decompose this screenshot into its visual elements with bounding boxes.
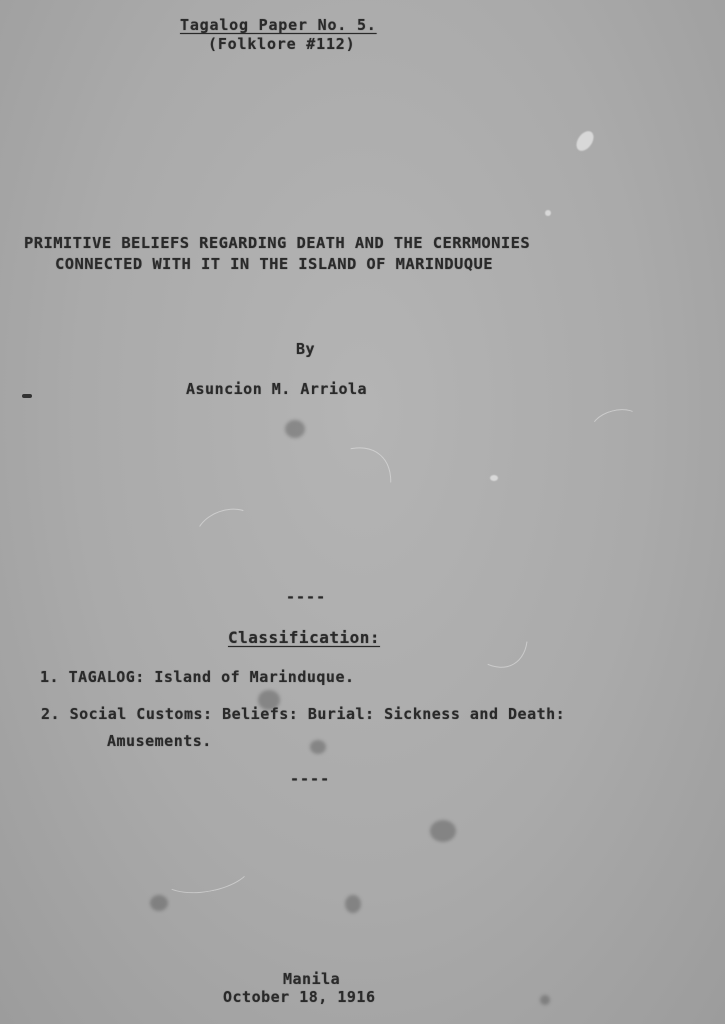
scan-scratch xyxy=(587,404,646,448)
paper-number-header: Tagalog Paper No. 5. xyxy=(180,16,377,34)
document-title-line-1: PRIMITIVE BELIEFS REGARDING DEATH AND TH… xyxy=(24,234,530,252)
scan-scratch xyxy=(270,428,411,574)
scan-speck xyxy=(490,475,498,481)
folklore-number-header: (Folklore #112) xyxy=(208,35,355,53)
scan-speck xyxy=(310,740,326,754)
author-name: Asuncion M. Arriola xyxy=(186,380,367,398)
scan-speck xyxy=(545,210,551,216)
document-title-line-2: CONNECTED WITH IT IN THE ISLAND OF MARIN… xyxy=(55,255,493,273)
scan-speck xyxy=(540,995,550,1005)
classification-item-2: 2. Social Customs: Beliefs: Burial: Sick… xyxy=(41,705,565,723)
footer-place: Manila xyxy=(283,970,340,988)
scan-scratch xyxy=(157,842,255,899)
separator-top: ---- xyxy=(286,588,326,606)
byline-by: By xyxy=(296,340,315,358)
scan-speck xyxy=(430,820,456,842)
separator-bottom: ---- xyxy=(290,770,330,788)
scan-scratch xyxy=(427,550,545,683)
footer-date: October 18, 1916 xyxy=(223,988,376,1006)
scan-speck xyxy=(285,420,305,438)
classification-item-1: 1. TAGALOG: Island of Marinduque. xyxy=(40,668,355,686)
scan-speck xyxy=(573,128,597,154)
scanned-document-page: Tagalog Paper No. 5. (Folklore #112) PRI… xyxy=(0,0,725,1024)
scan-speck xyxy=(150,895,168,911)
scan-speck xyxy=(345,895,361,913)
classification-heading: Classification: xyxy=(228,628,380,647)
classification-item-2-continuation: Amusements. xyxy=(107,732,212,750)
scan-scratch xyxy=(190,501,263,562)
margin-mark xyxy=(22,394,32,398)
